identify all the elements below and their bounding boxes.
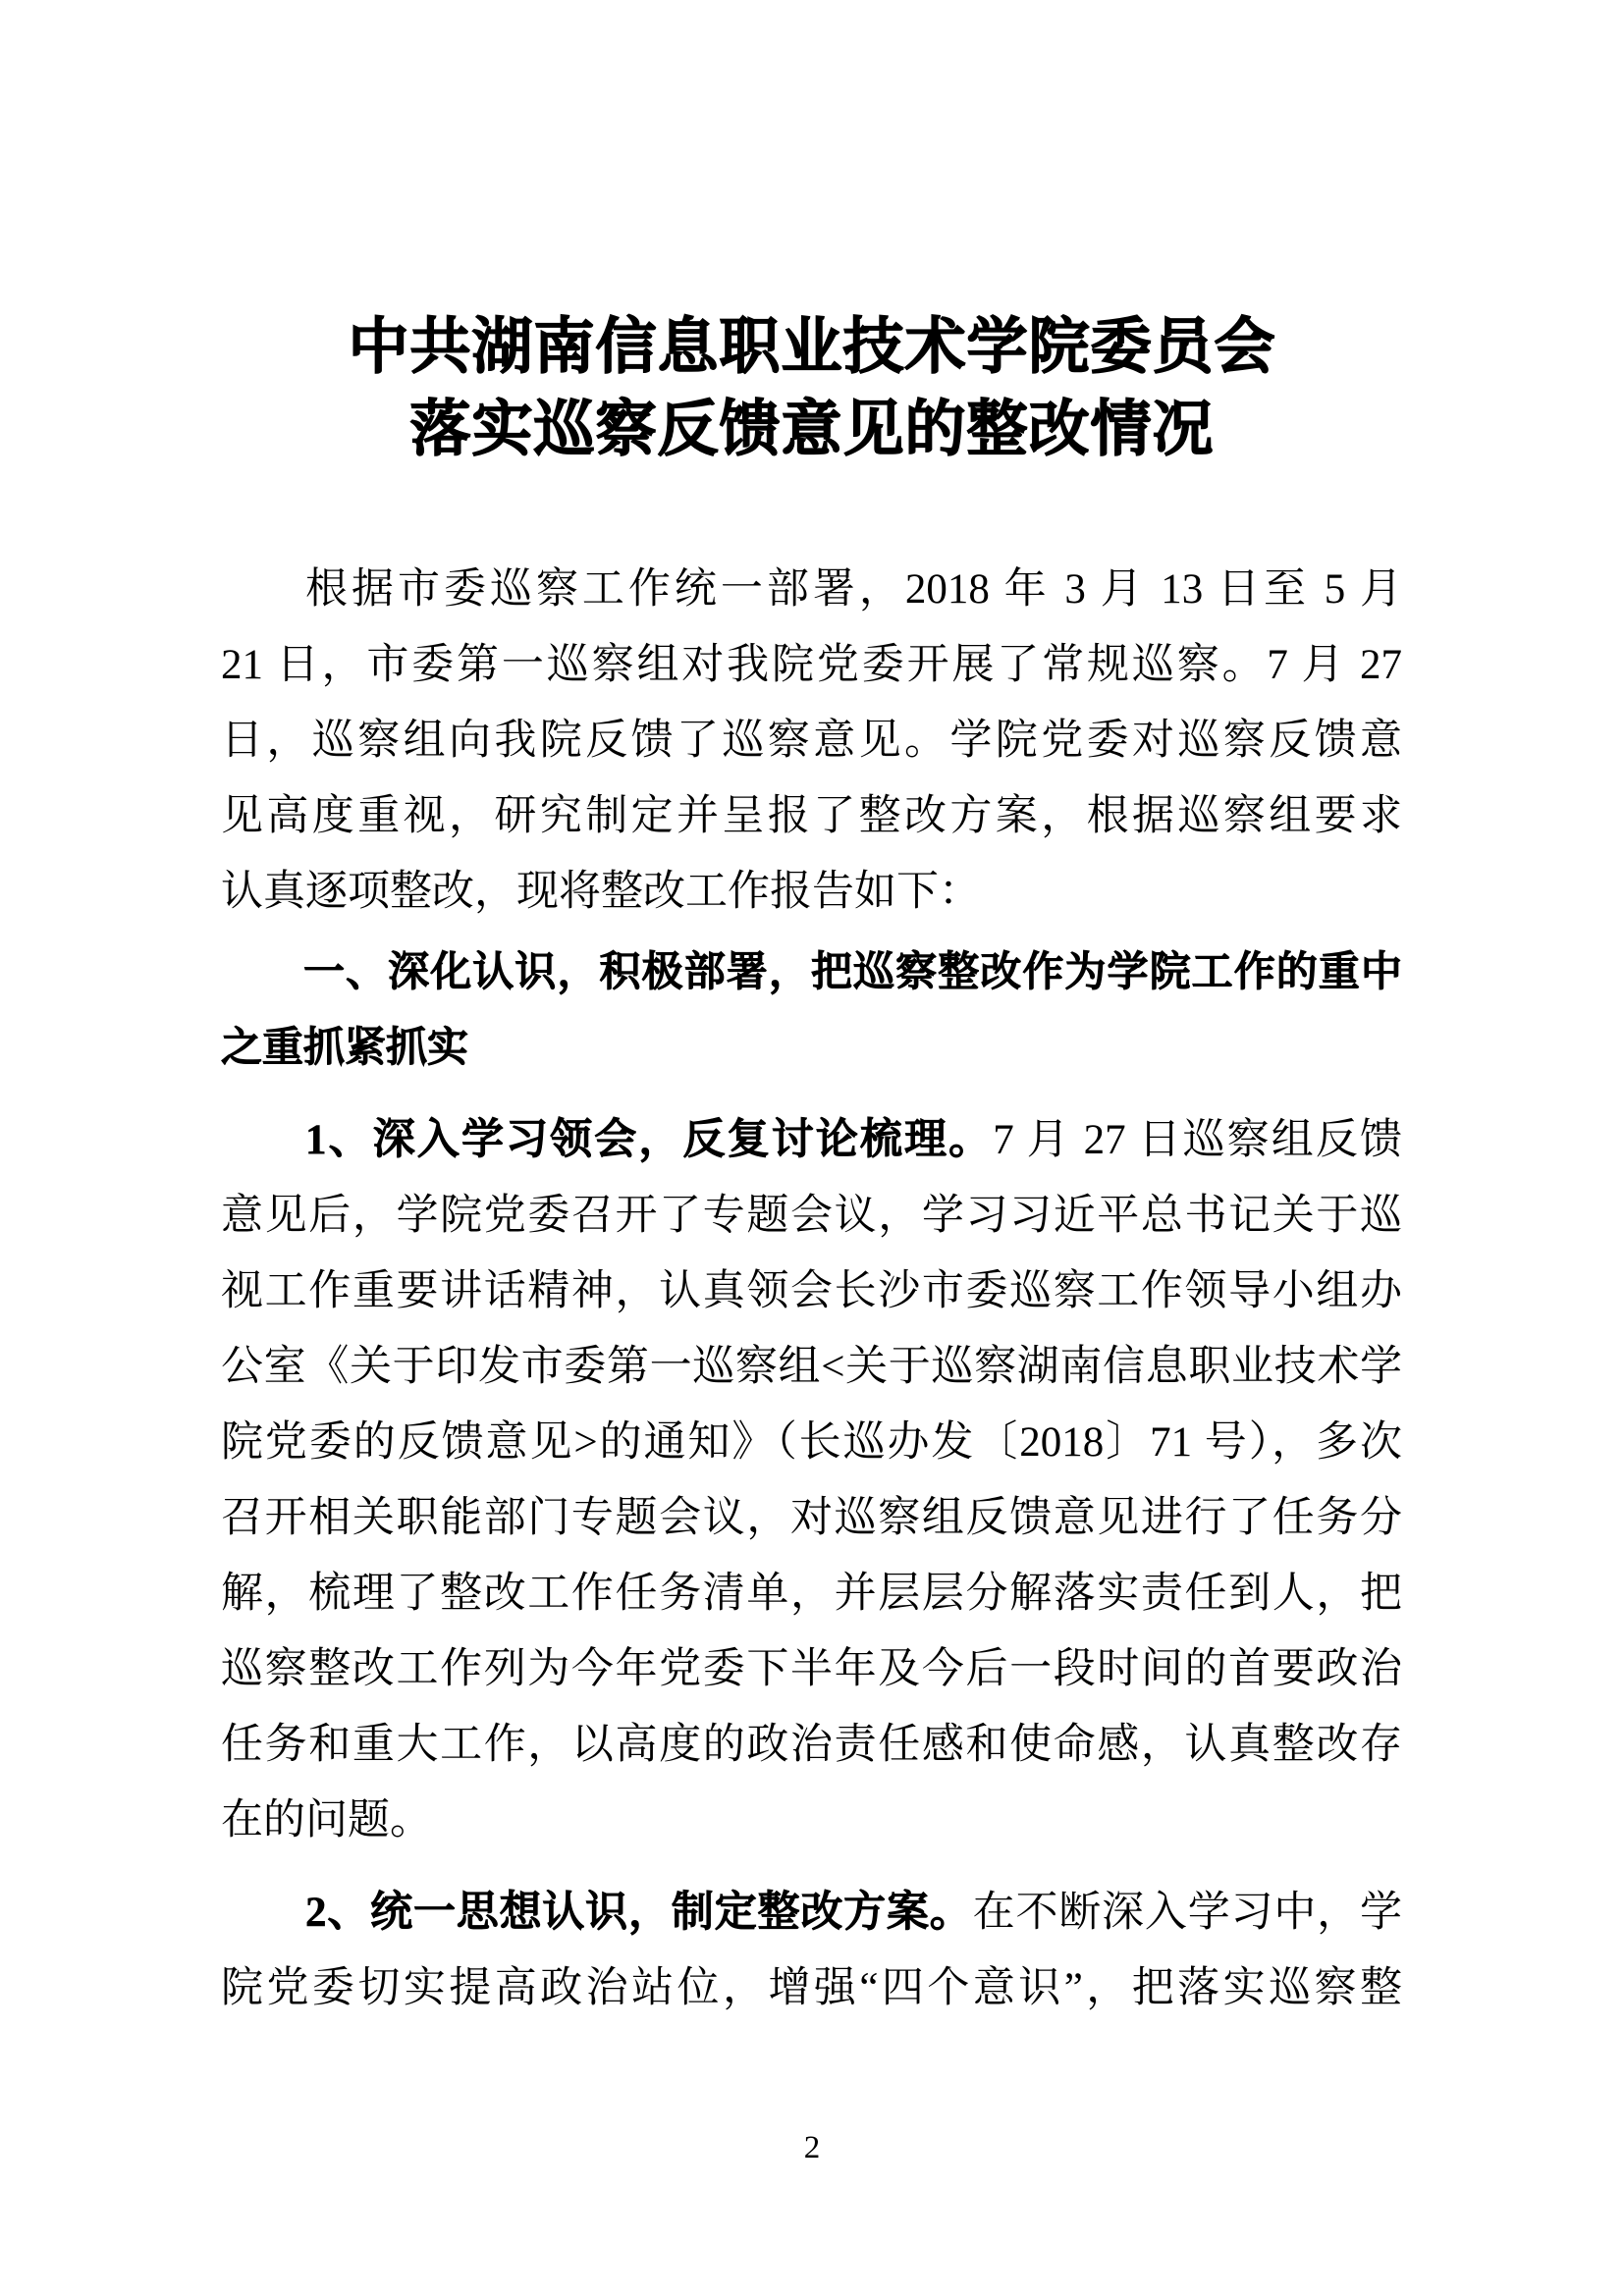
document-title-line-1: 中共湖南信息职业技术学院委员会 bbox=[0, 306, 1624, 389]
section-heading-line: 之重抓紧抓实 bbox=[221, 1009, 1402, 1085]
document-title-line-2: 落实巡察反馈意见的整改情况 bbox=[0, 389, 1624, 471]
text-line: 任务和重大工作，以高度的政治责任感和使命感，认真整改存 bbox=[221, 1707, 1402, 1783]
intro-paragraph: 根据市委巡察工作统一部署，2018 年 3 月 13 日至 5 月 21 日，市… bbox=[221, 552, 1402, 930]
text-line: 巡察整改工作列为今年党委下半年及今后一段时间的首要政治 bbox=[221, 1631, 1402, 1707]
document-body: 根据市委巡察工作统一部署，2018 年 3 月 13 日至 5 月 21 日，市… bbox=[221, 552, 1402, 2026]
text-line: 1、深入学习领会，反复讨论梳理。7 月 27 日巡察组反馈 bbox=[221, 1102, 1402, 1178]
item-2-lead-rest: 在不断深入学习中，学 bbox=[973, 1890, 1402, 1936]
item-1-lead: 1、深入学习领会，反复讨论梳理。 bbox=[305, 1117, 993, 1163]
text-line: 院党委的反馈意见>的通知》（长巡办发〔2018〕71 号），多次 bbox=[221, 1405, 1402, 1480]
text-line: 认真逐项整改，现将整改工作报告如下： bbox=[221, 854, 1402, 930]
text-line: 见高度重视，研究制定并呈报了整改方案，根据巡察组要求 bbox=[221, 778, 1402, 854]
text-line: 在的问题。 bbox=[221, 1783, 1402, 1858]
text-line: 2、统一思想认识，制定整改方案。在不断深入学习中，学 bbox=[221, 1875, 1402, 1950]
text-line: 召开相关职能部门专题会议，对巡察组反馈意见进行了任务分 bbox=[221, 1480, 1402, 1556]
text-line: 视工作重要讲话精神，认真领会长沙市委巡察工作领导小组办 bbox=[221, 1254, 1402, 1329]
document-title: 中共湖南信息职业技术学院委员会 落实巡察反馈意见的整改情况 bbox=[0, 306, 1624, 471]
item-2-lead: 2、统一思想认识，制定整改方案。 bbox=[305, 1890, 973, 1936]
text-line: 意见后，学院党委召开了专题会议，学习习近平总书记关于巡 bbox=[221, 1178, 1402, 1254]
text-line: 日，巡察组向我院反馈了巡察意见。学院党委对巡察反馈意 bbox=[221, 703, 1402, 778]
section-heading-line: 一、深化认识，积极部署，把巡察整改作为学院工作的重中 bbox=[221, 934, 1402, 1009]
text-line: 解，梳理了整改工作任务清单，并层层分解落实责任到人，把 bbox=[221, 1556, 1402, 1631]
item-paragraph-2: 2、统一思想认识，制定整改方案。在不断深入学习中，学 院党委切实提高政治站位，增… bbox=[221, 1875, 1402, 2026]
text-line: 21 日，市委第一巡察组对我院党委开展了常规巡察。7 月 27 bbox=[221, 627, 1402, 703]
text-line: 公室《关于印发市委第一巡察组<关于巡察湖南信息职业技术学 bbox=[221, 1329, 1402, 1405]
document-page: 中共湖南信息职业技术学院委员会 落实巡察反馈意见的整改情况 根据市委巡察工作统一… bbox=[0, 0, 1624, 2296]
item-paragraph-1: 1、深入学习领会，反复讨论梳理。7 月 27 日巡察组反馈 意见后，学院党委召开… bbox=[221, 1102, 1402, 1858]
section-heading-1: 一、深化认识，积极部署，把巡察整改作为学院工作的重中 之重抓紧抓实 bbox=[221, 934, 1402, 1085]
page-number: 2 bbox=[0, 2128, 1624, 2167]
item-1-lead-rest: 7 月 27 日巡察组反馈 bbox=[993, 1117, 1402, 1163]
text-line: 根据市委巡察工作统一部署，2018 年 3 月 13 日至 5 月 bbox=[221, 552, 1402, 627]
text-line: 院党委切实提高政治站位，增强“四个意识”，把落实巡察整 bbox=[221, 1950, 1402, 2026]
